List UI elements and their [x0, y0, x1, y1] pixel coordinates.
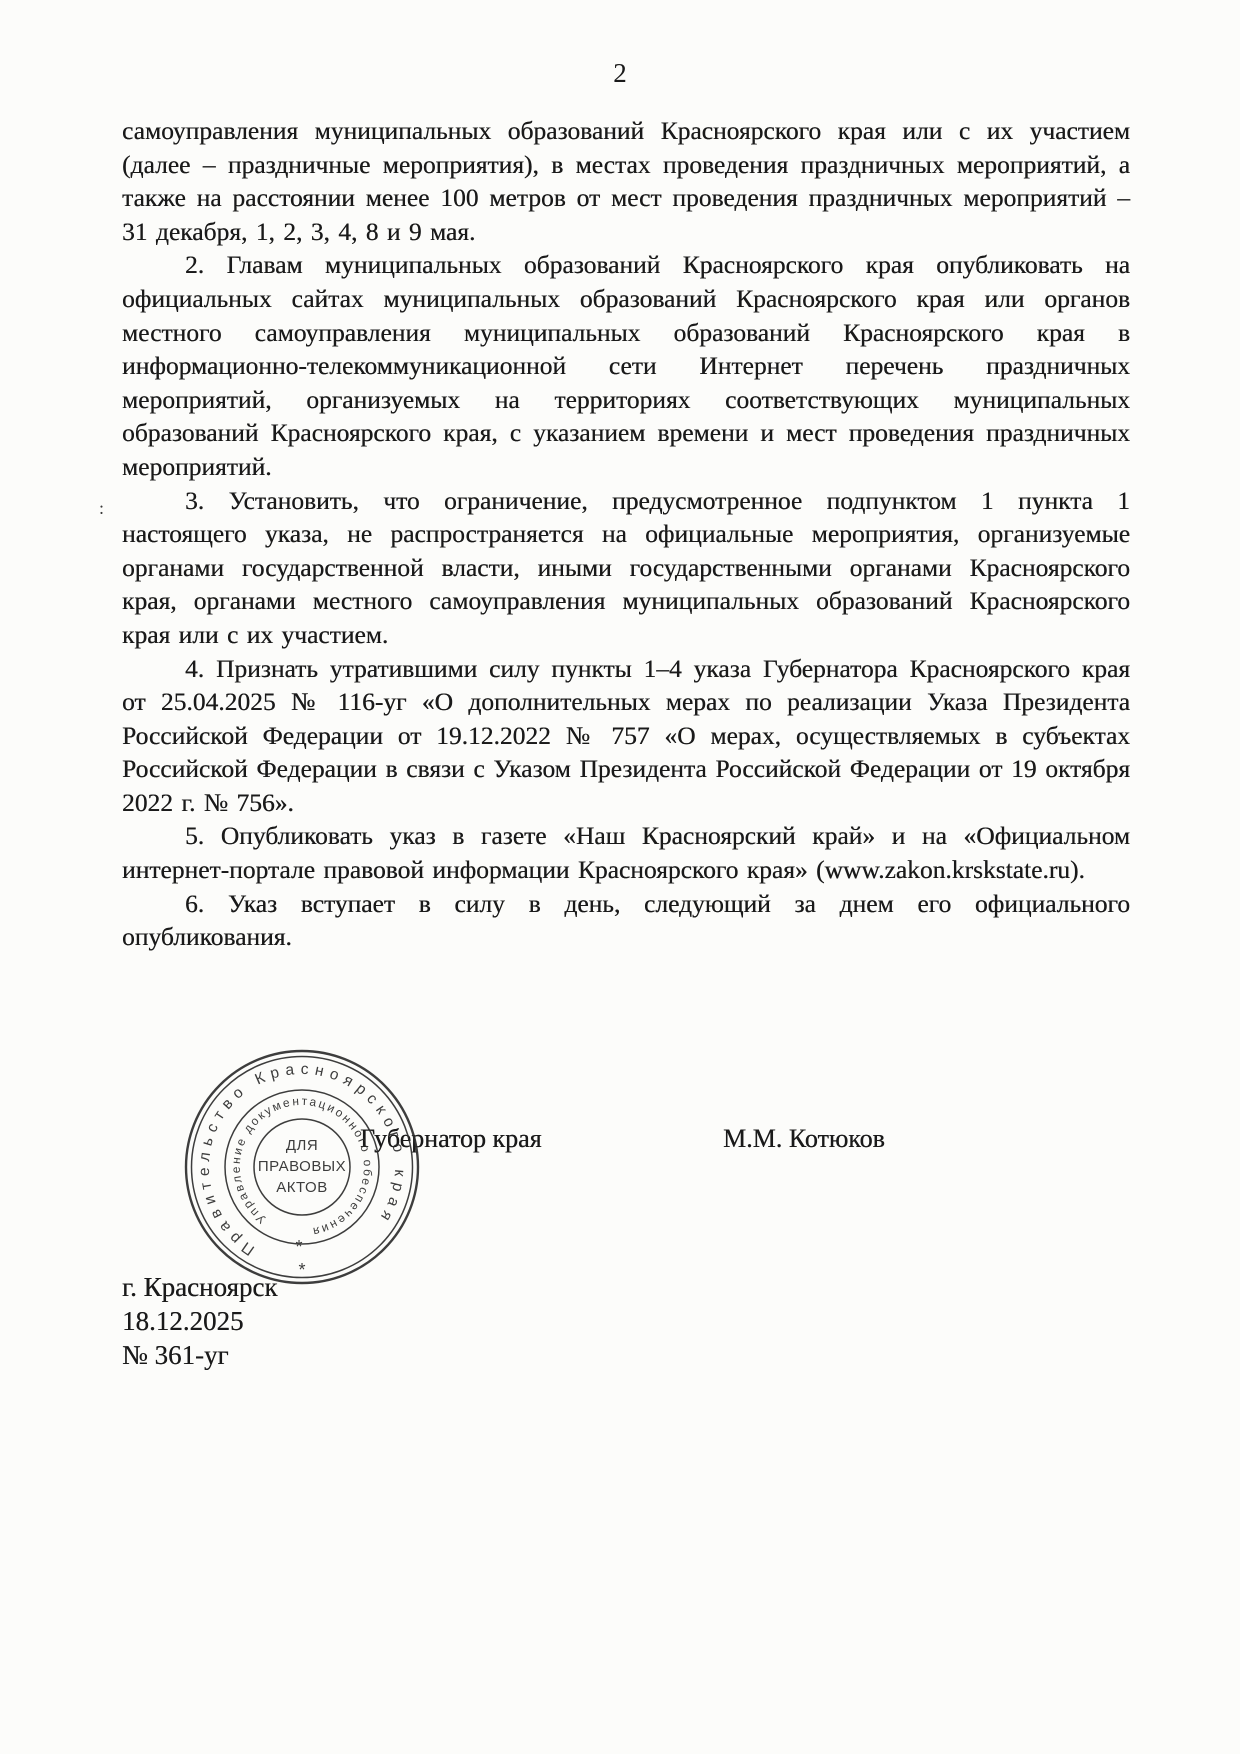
paragraph-item-6: 6. Указ вступает в силу в день, следующи… [122, 887, 1130, 954]
stamp-asterisk-lower: * [298, 1260, 305, 1280]
issuance-date: 18.12.2025 [122, 1306, 244, 1337]
signature-name: М.М. Котюков [723, 1124, 885, 1154]
stamp-center-text-line3: АКТОВ [276, 1179, 327, 1196]
paragraph-continuation: самоуправления муниципальных образований… [122, 114, 1130, 248]
issuance-city: г. Красноярск [122, 1272, 277, 1303]
scan-artifact: : [99, 498, 104, 519]
official-round-stamp: Правительство Красноярского края Управле… [182, 1047, 422, 1287]
scanned-decree-page: 2 самоуправления муниципальных образован… [0, 0, 1240, 1754]
stamp-center-text-line1: ДЛЯ [286, 1137, 318, 1154]
stamp-center-text-line2: ПРАВОВЫХ [258, 1158, 346, 1175]
document-body: самоуправления муниципальных образований… [122, 114, 1130, 954]
paragraph-item-3: 3. Установить, что ограничение, предусмо… [122, 484, 1130, 652]
page-number: 2 [0, 58, 1240, 89]
paragraph-item-4: 4. Признать утратившими силу пункты 1–4 … [122, 652, 1130, 820]
paragraph-item-2: 2. Главам муниципальных образований Крас… [122, 248, 1130, 483]
paragraph-item-5: 5. Опубликовать указ в газете «Наш Красн… [122, 819, 1130, 886]
stamp-asterisk-upper: * [295, 1237, 302, 1257]
issuance-number: № 361-уг [122, 1340, 229, 1371]
